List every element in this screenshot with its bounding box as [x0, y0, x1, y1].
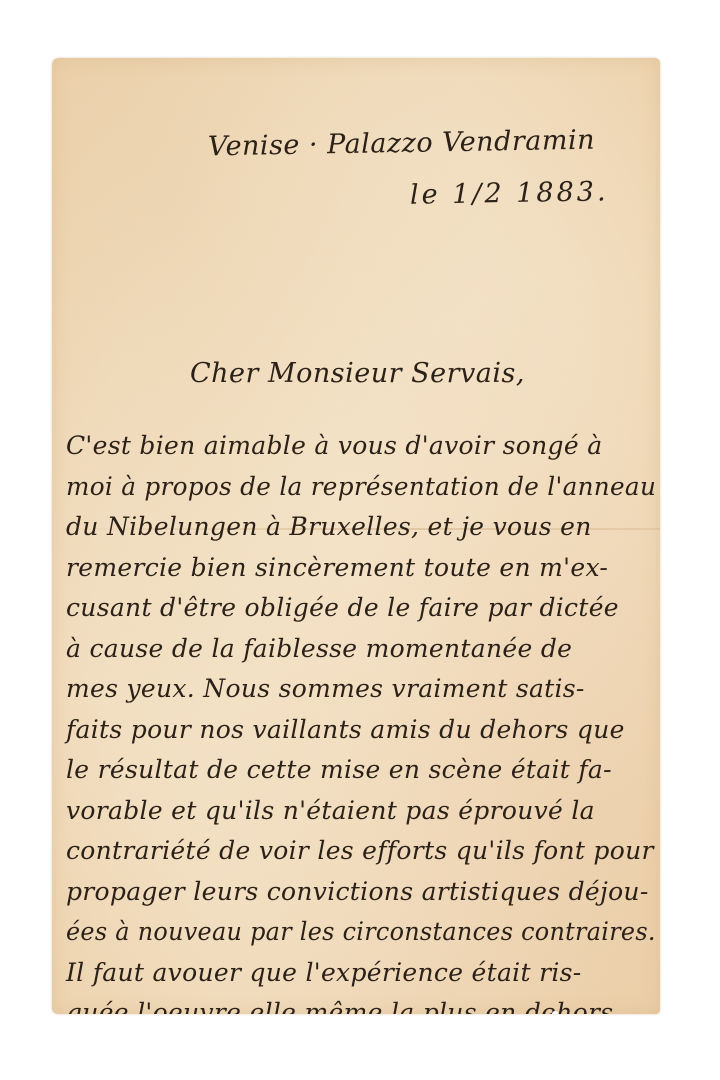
body-line: ées à nouveau par les circonstances cont…	[66, 912, 630, 953]
body-line: moi à propos de la représentation de l'a…	[66, 467, 649, 508]
page-background: Venise · Palazzo Vendramin le 1/2 1883. …	[0, 0, 720, 1080]
letter-body: C'est bien aimable à vous d'avoir songé …	[66, 426, 656, 1014]
body-line: quée l'oeuvre elle même la plus en dehor…	[66, 993, 656, 1014]
body-line: propager leurs convictions artistiques d…	[66, 872, 656, 913]
letter-sheet: Venise · Palazzo Vendramin le 1/2 1883. …	[52, 58, 660, 1014]
letter-place: Venise · Palazzo Vendramin	[208, 125, 595, 163]
body-line: C'est bien aimable à vous d'avoir songé …	[66, 426, 656, 467]
body-line: à cause de la faiblesse momentanée de	[66, 629, 656, 670]
body-line: du Nibelungen à Bruxelles, et je vous en	[66, 507, 656, 548]
letter-salutation: Cher Monsieur Servais,	[190, 358, 525, 389]
body-line: contrariété de voir les efforts qu'ils f…	[66, 831, 656, 872]
paper-tear	[552, 1011, 558, 1014]
body-line: remercie bien sincèrement toute en m'ex-	[66, 548, 656, 589]
body-line: vorable et qu'ils n'étaient pas éprouvé …	[66, 791, 656, 832]
body-line: mes yeux. Nous sommes vraiment satis-	[66, 669, 656, 710]
body-line: cusant d'être obligée de le faire par di…	[66, 588, 656, 629]
body-line: faits pour nos vaillants amis du dehors …	[66, 710, 656, 751]
body-line: le résultat de cette mise en scène était…	[66, 750, 656, 791]
body-line: Il faut avouer que l'expérience était ri…	[66, 953, 656, 994]
letter-date: le 1/2 1883.	[410, 176, 609, 210]
ink-bleed-through	[246, 121, 658, 475]
